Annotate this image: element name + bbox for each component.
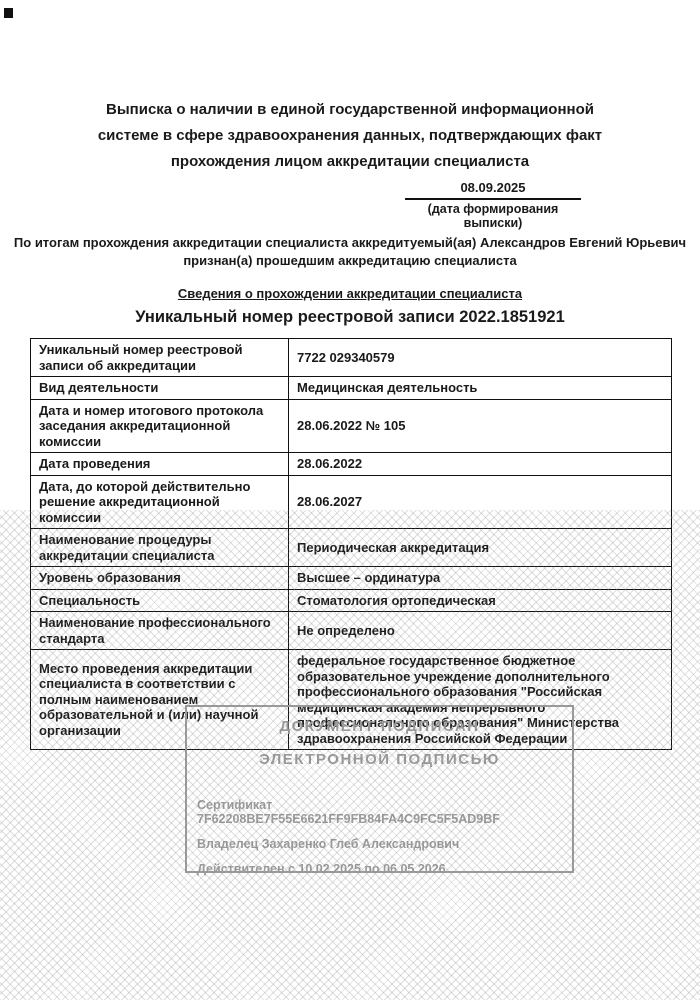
row-label: Дата и номер итогового протокола заседан… [31,399,289,453]
row-label: Наименование процедуры аккредитации спец… [31,529,289,567]
extract-date: 08.09.2025 [405,180,581,200]
row-value: Не определено [289,612,672,650]
stamp-owner: Владелец Захаренко Глеб Александрович [197,837,572,851]
document-title-line: системе в сфере здравоохранения данных, … [0,123,700,149]
page-corner-mark [4,8,13,18]
stamp-details: Сертификат 7F62208BE7F55E6621FF9FB84FA4C… [197,798,572,876]
electronic-signature-stamp: ДОКУМЕНТ ПОДПИСАН ЭЛЕКТРОННОЙ ПОДПИСЬЮ С… [185,705,574,873]
accreditation-details-table: Уникальный номер реестровой записи об ак… [30,338,672,750]
row-value: Высшее – ординатура [289,567,672,590]
accreditation-statement-line: По итогам прохождения аккредитации специ… [0,234,700,252]
stamp-heading-line: ЭЛЕКТРОННОЙ ПОДПИСЬЮ [187,752,572,768]
registry-number-heading: Уникальный номер реестровой записи 2022.… [0,308,700,327]
row-label: Специальность [31,589,289,612]
row-label: Дата, до которой действительно решение а… [31,475,289,529]
document-title: Выписка о наличии в единой государственн… [0,97,700,175]
row-value: Периодическая аккредитация [289,529,672,567]
table-row: Уровень образования Высшее – ординатура [31,567,672,590]
row-label: Уникальный номер реестровой записи об ак… [31,339,289,377]
table-row: Дата и номер итогового протокола заседан… [31,399,672,453]
row-label: Дата проведения [31,453,289,476]
row-value: 28.06.2027 [289,475,672,529]
table-row: Наименование процедуры аккредитации спец… [31,529,672,567]
table-row: Наименование профессионального стандарта… [31,612,672,650]
stamp-certificate: Сертификат 7F62208BE7F55E6621FF9FB84FA4C… [197,798,572,826]
document-title-line: прохождения лицом аккредитации специалис… [0,149,700,175]
row-value: 7722 029340579 [289,339,672,377]
accreditation-statement-line: признан(а) прошедшим аккредитацию специа… [0,252,700,270]
row-value: Медицинская деятельность [289,377,672,400]
table-row: Уникальный номер реестровой записи об ак… [31,339,672,377]
document-title-line: Выписка о наличии в единой государственн… [0,97,700,123]
table-row: Вид деятельности Медицинская деятельност… [31,377,672,400]
row-label: Вид деятельности [31,377,289,400]
row-value: 28.06.2022 № 105 [289,399,672,453]
row-label: Наименование профессионального стандарта [31,612,289,650]
stamp-validity: Действителен с 10.02.2025 по 06.05.2026 [197,862,572,876]
stamp-heading-line: ДОКУМЕНТ ПОДПИСАН [187,719,572,735]
accreditation-statement: По итогам прохождения аккредитации специ… [0,234,700,269]
table-row: Дата, до которой действительно решение а… [31,475,672,529]
document-page: { "document": { "title_lines": [ "Выписк… [0,0,700,1000]
row-value: 28.06.2022 [289,453,672,476]
row-value: Стоматология ортопедическая [289,589,672,612]
extract-date-caption: (дата формирования выписки) [405,200,581,230]
table-row: Специальность Стоматология ортопедическа… [31,589,672,612]
row-label: Уровень образования [31,567,289,590]
table-row: Дата проведения 28.06.2022 [31,453,672,476]
section-heading: Сведения о прохождении аккредитации спец… [0,286,700,301]
extract-date-block: 08.09.2025 (дата формирования выписки) [405,180,581,230]
